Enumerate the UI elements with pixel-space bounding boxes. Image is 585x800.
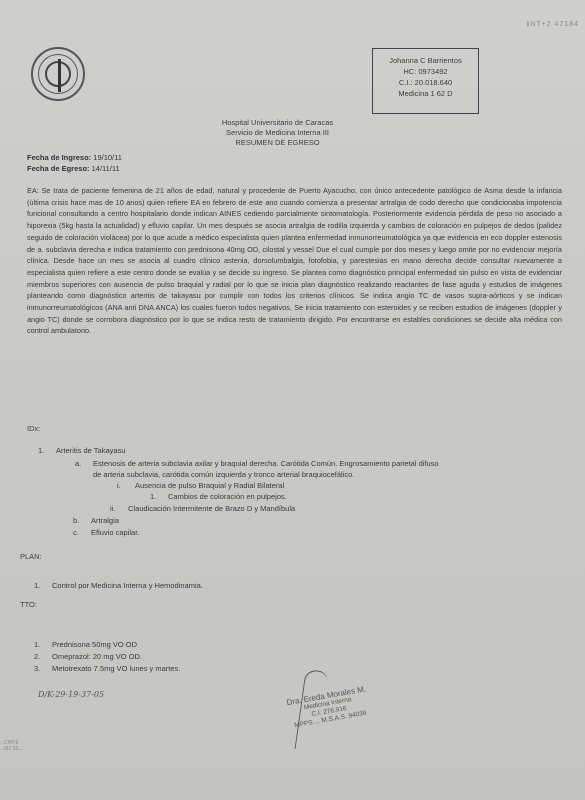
scan-reference-mark: ℹNT+2 47184 [527,20,579,28]
tto-item: 3.Metotrexato 7.5mg VO lunes y martes. [34,664,180,673]
idx-item: a.Estenosis de arteria subclavia axilar … [75,459,439,468]
discharge-date-label: Fecha de Egreso: [27,164,90,173]
plan-item: 1.Control por Medicina Interna y Hemodin… [34,581,203,590]
idx-item: c.Efluvio capilar. [73,528,139,537]
current-illness-paragraph: EA: Se trata de paciente femenina de 21 … [27,185,562,337]
idx-item: b.Artralgia [73,516,119,525]
admission-dates: Fecha de Ingreso: 19/10/11 Fecha de Egre… [27,152,122,174]
idx-item: i.Ausencia de pulso Braquial y Radial Bi… [117,481,284,490]
idx-item: ii.Claudicación Intermitente de Brazo D … [110,504,295,513]
discharge-date-row: Fecha de Egreso: 14/11/11 [27,163,122,174]
hospital-seal-icon [31,47,85,101]
doctor-stamp: Dra. Ereda Morales M. Medicina Interna C… [271,683,388,751]
patient-ci: C.I.: 20.018.640 [373,77,478,88]
idx-item: 1.Cambios de coloración en pulpejos. [150,492,287,501]
idx-label: IDx: [27,424,40,433]
document-header: Hospital Universitario de Caracas Servic… [200,118,355,148]
faint-stamp: ...CHP.E ...M2 S5... [0,740,23,752]
plan-label: PLAN: [20,552,42,561]
admission-date-label: Fecha de Ingreso: [27,153,91,162]
patient-hc: HC: 0973492 [373,66,478,77]
document-title: RESUMEN DE EGRESO [200,138,355,148]
handwritten-note: D/K-29-19-37-05 [38,690,104,699]
patient-location: Medicina 1 62 D [373,88,478,99]
admission-date-value: 19/10/11 [93,153,122,162]
tto-item: 1.Prednisona 50mg VO OD [34,640,137,649]
patient-name: Johanna C Barrientos [373,55,478,66]
discharge-date-value: 14/11/11 [92,164,120,173]
idx-item: 1.Arteritis de Takayasu [38,446,125,455]
tto-label: TTO: [20,600,37,609]
tto-item: 2.Omeprazol: 20 mg VO OD. [34,652,142,661]
admission-date-row: Fecha de Ingreso: 19/10/11 [27,152,122,163]
patient-info-box: Johanna C Barrientos HC: 0973492 C.I.: 2… [372,48,479,114]
idx-item: de arteria subclavia, carótida común izq… [93,470,354,479]
document-page: ℹNT+2 47184 Johanna C Barrientos HC: 097… [0,0,585,800]
hospital-name: Hospital Universitario de Caracas [200,118,355,128]
service-name: Servicio de Medicina Interna III [200,128,355,138]
